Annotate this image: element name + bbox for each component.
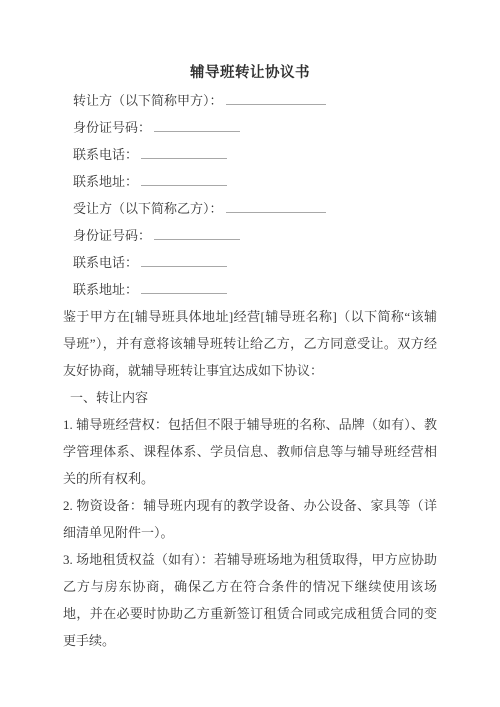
party-b-phone-field: 联系电话： bbox=[63, 249, 437, 276]
party-a-address-blank bbox=[141, 171, 227, 186]
party-b-id-field: 身份证号码： bbox=[63, 222, 437, 249]
party-a-phone-blank bbox=[141, 144, 227, 159]
party-a-name-label: 转让方（以下简称甲方）： bbox=[73, 93, 223, 108]
party-a-address-label: 联系地址： bbox=[73, 174, 138, 189]
party-b-name-field: 受让方（以下简称乙方）： bbox=[63, 195, 437, 222]
section-1-item-3: 3. 场地租赁权益（如有）：若辅导班场地为租赁取得，甲方应协助乙方与房东协商，确… bbox=[63, 546, 437, 654]
section-1-item-2: 2. 物资设备：辅导班内现有的教学设备、办公设备、家具等（详细清单见附件一）。 bbox=[63, 492, 437, 546]
party-a-id-field: 身份证号码： bbox=[63, 114, 437, 141]
party-a-address-field: 联系地址： bbox=[63, 168, 437, 195]
party-a-phone-field: 联系电话： bbox=[63, 141, 437, 168]
party-a-phone-label: 联系电话： bbox=[73, 147, 138, 162]
party-b-phone-label: 联系电话： bbox=[73, 255, 138, 270]
party-b-address-blank bbox=[141, 279, 227, 294]
party-b-name-label: 受让方（以下简称乙方）： bbox=[73, 201, 223, 216]
party-a-name-field: 转让方（以下简称甲方）： bbox=[63, 87, 437, 114]
party-b-id-label: 身份证号码： bbox=[73, 228, 151, 243]
party-b-address-field: 联系地址： bbox=[63, 276, 437, 303]
preamble-paragraph: 鉴于甲方在[辅导班具体地址]经营[辅导班名称]（以下简称“该辅导班”），并有意将… bbox=[63, 303, 437, 384]
document-page: 辅导班转让协议书 转让方（以下简称甲方）： 身份证号码： 联系电话： 联系地址：… bbox=[0, 0, 500, 707]
party-b-phone-blank bbox=[141, 252, 227, 267]
document-body: 辅导班转让协议书 转让方（以下简称甲方）： 身份证号码： 联系电话： 联系地址：… bbox=[63, 60, 437, 654]
party-a-name-blank bbox=[226, 90, 326, 105]
party-b-id-blank bbox=[154, 225, 240, 240]
party-a-id-label: 身份证号码： bbox=[73, 120, 151, 135]
party-a-id-blank bbox=[154, 117, 240, 132]
party-b-address-label: 联系地址： bbox=[73, 282, 138, 297]
document-title: 辅导班转让协议书 bbox=[63, 60, 437, 87]
section-1-item-1: 1. 辅导班经营权：包括但不限于辅导班的名称、品牌（如有）、教学管理体系、课程体… bbox=[63, 411, 437, 492]
section-1-heading: 一、转让内容 bbox=[63, 384, 437, 411]
party-b-name-blank bbox=[226, 198, 326, 213]
